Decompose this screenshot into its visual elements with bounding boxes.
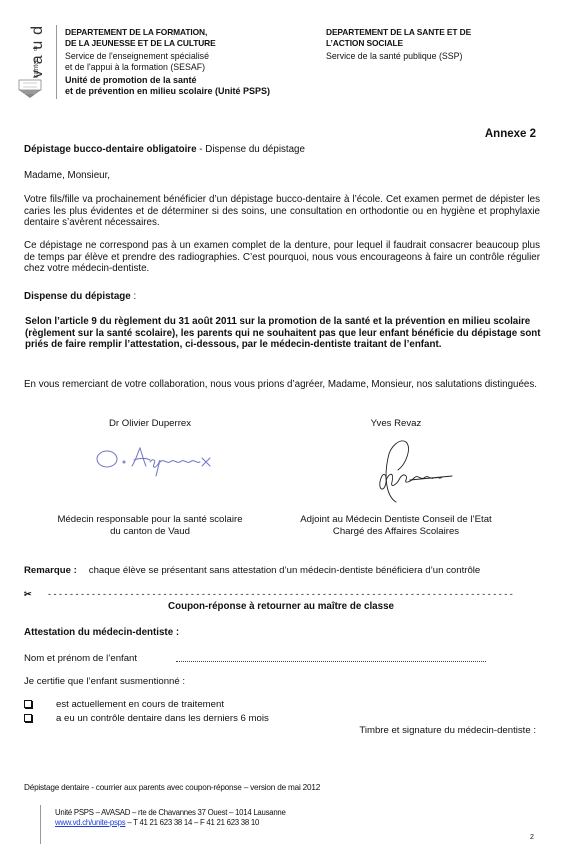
child-name-field[interactable]	[176, 652, 486, 662]
department-name-line2: DE LA JEUNESSE ET DE LA CULTURE	[65, 38, 305, 49]
canton-vaud-logo: canton de vaud	[16, 22, 44, 98]
signatory-1-role: Médecin responsable pour la santé scolai…	[40, 514, 260, 537]
signatory-1-role-line2: du canton de Vaud	[40, 526, 260, 538]
remark: Remarque :chaque élève se présentant san…	[24, 565, 480, 576]
scissors-icon: ✂	[24, 589, 34, 600]
paragraph-closing: En vous remerciant de votre collaboratio…	[24, 379, 540, 391]
option-in-treatment[interactable]: est actuellement en cours de traitement	[24, 699, 224, 710]
letter-subject: Dépistage bucco-dentaire obligatoire - D…	[24, 144, 305, 155]
remark-label: Remarque :	[24, 565, 77, 576]
attestation-heading: Attestation du médecin-dentiste :	[24, 627, 179, 638]
footer-divider	[40, 805, 41, 844]
signatory-2-role-line2: Chargé des Affaires Scolaires	[276, 526, 516, 538]
unit-name-line2: et de prévention en milieu scolaire (Uni…	[65, 86, 305, 97]
unit-name-line1: Unité de promotion de la santé	[65, 75, 305, 86]
coupon-cut-line: ✂- - - - - - - - - - - - - - - - - - - -…	[24, 589, 514, 600]
co-issuing-department: DEPARTEMENT DE LA SANTE ET DE L’ACTION S…	[326, 27, 546, 62]
option-label: est actuellement en cours de traitement	[56, 699, 224, 710]
certify-label: Je certifie que l’enfant susmentionné :	[24, 676, 185, 687]
department-name-line1: DEPARTEMENT DE LA SANTE ET DE	[326, 27, 546, 38]
signature-revaz	[370, 436, 460, 511]
paragraph-regulation: Selon l’article 9 du règlement du 31 aoû…	[25, 316, 541, 351]
checkbox-icon[interactable]	[24, 714, 32, 722]
paragraph-scope: Ce dépistage ne correspond pas à un exam…	[24, 240, 540, 275]
signatory-1-role-line1: Médecin responsable pour la santé scolai…	[40, 514, 260, 526]
dispense-heading: Dispense du dépistage :	[24, 291, 540, 303]
header-divider	[56, 25, 57, 99]
document-version-note: Dépistage dentaire - courrier aux parent…	[24, 783, 320, 792]
department-name-line2: L’ACTION SOCIALE	[326, 38, 546, 49]
signature-duperrex	[90, 440, 240, 488]
paragraph-intro: Votre fils/fille va prochainement bénéfi…	[24, 194, 540, 229]
stamp-signature-label: Timbre et signature du médecin-dentiste …	[359, 725, 536, 736]
address-line: Unité PSPS – AVASAD – rte de Chavannes 3…	[55, 808, 286, 818]
signatory-1-name: Dr Olivier Duperrex	[40, 418, 260, 429]
website-link[interactable]: www.vd.ch/unite-psps	[55, 818, 125, 827]
dispense-heading-text: Dispense du dépistage	[24, 291, 131, 302]
child-name-label: Nom et prénom de l’enfant	[24, 653, 137, 664]
phone-fax: – T 41 21 623 38 14 – F 41 21 623 38 10	[125, 818, 259, 827]
option-recent-checkup[interactable]: a eu un contrôle dentaire dans les derni…	[24, 713, 269, 724]
option-label: a eu un contrôle dentaire dans les derni…	[56, 713, 269, 724]
coupon-title: Coupon-réponse à retourner au maître de …	[0, 601, 562, 612]
subject-bold: Dépistage bucco-dentaire obligatoire	[24, 144, 197, 155]
signatory-2-role: Adjoint au Médecin Dentiste Conseil de l…	[276, 514, 516, 537]
page-number: 2	[530, 834, 534, 841]
checkbox-icon[interactable]	[24, 700, 32, 708]
remark-text: chaque élève se présentant sans attestat…	[89, 565, 480, 576]
service-name-line1: Service de l'enseignement spécialisé	[65, 51, 305, 62]
service-name-line2: et de l'appui à la formation (SESAF)	[65, 62, 305, 73]
subject-rest: - Dispense du dépistage	[197, 144, 305, 155]
dispense-colon: :	[131, 291, 136, 302]
signatory-2-name: Yves Revaz	[296, 418, 496, 429]
footer-address: Unité PSPS – AVASAD – rte de Chavannes 3…	[55, 808, 286, 828]
annexe-label: Annexe 2	[485, 128, 536, 140]
service-name: Service de la santé publique (SSP)	[326, 51, 546, 62]
salutation: Madame, Monsieur,	[24, 170, 540, 182]
svg-text:vaud: vaud	[29, 26, 44, 78]
issuing-department: DEPARTEMENT DE LA FORMATION, DE LA JEUNE…	[65, 27, 305, 97]
dashed-line: - - - - - - - - - - - - - - - - - - - - …	[48, 589, 514, 599]
signatory-2-role-line1: Adjoint au Médecin Dentiste Conseil de l…	[276, 514, 516, 526]
department-name-line1: DEPARTEMENT DE LA FORMATION,	[65, 27, 305, 38]
